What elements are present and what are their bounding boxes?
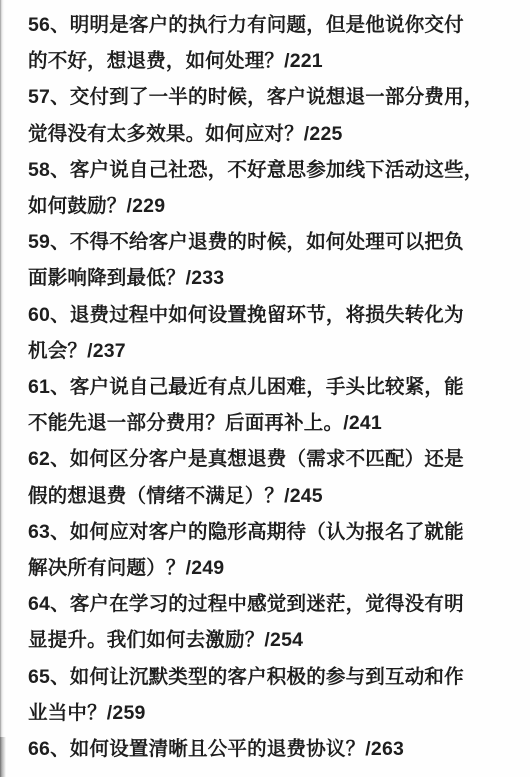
toc-line: 66、如何设置清晰且公平的退费协议？/263 (28, 731, 500, 767)
toc-item: 58、客户说自己社恐，不好意思参加线下活动这些，如何鼓励？/229 (28, 152, 500, 224)
toc-item: 60、退费过程中如何设置挽留环节，将损失转化为机会？/237 (28, 297, 500, 369)
toc-list: 56、明明是客户的执行力有问题，但是他说你交付的不好，想退费，如何处理？/221… (28, 7, 500, 767)
toc-line: 显提升。我们如何去激励？/254 (28, 622, 500, 658)
page-edge-shadow (0, 0, 5, 777)
toc-line: 63、如何应对客户的隐形高期待（认为报名了就能 (28, 514, 500, 550)
toc-line: 解决所有问题）？/249 (28, 550, 500, 586)
toc-item: 63、如何应对客户的隐形高期待（认为报名了就能解决所有问题）？/249 (28, 514, 500, 586)
toc-line: 62、如何区分客户是真想退费（需求不匹配）还是 (28, 441, 500, 477)
toc-item: 62、如何区分客户是真想退费（需求不匹配）还是假的想退费（情绪不满足）？/245 (28, 441, 500, 513)
toc-line: 59、不得不给客户退费的时候，如何处理可以把负 (28, 224, 500, 260)
toc-item: 61、客户说自己最近有点儿困难，手头比较紧，能不能先退一部分费用？后面再补上。/… (28, 369, 500, 441)
toc-item: 57、交付到了一半的时候，客户说想退一部分费用，觉得没有太多效果。如何应对？/2… (28, 79, 500, 151)
toc-line: 如何鼓励？/229 (28, 188, 500, 224)
toc-line: 业当中？/259 (28, 695, 500, 731)
toc-line: 不能先退一部分费用？后面再补上。/241 (28, 405, 500, 441)
toc-line: 64、客户在学习的过程中感觉到迷茫，觉得没有明 (28, 586, 500, 622)
toc-item: 56、明明是客户的执行力有问题，但是他说你交付的不好，想退费，如何处理？/221 (28, 7, 500, 79)
toc-line: 60、退费过程中如何设置挽留环节，将损失转化为 (28, 297, 500, 333)
toc-line: 58、客户说自己社恐，不好意思参加线下活动这些， (28, 152, 500, 188)
toc-line: 57、交付到了一半的时候，客户说想退一部分费用， (28, 79, 500, 115)
toc-line: 56、明明是客户的执行力有问题，但是他说你交付 (28, 7, 500, 43)
toc-item: 66、如何设置清晰且公平的退费协议？/263 (28, 731, 500, 767)
toc-line: 的不好，想退费，如何处理？/221 (28, 43, 500, 79)
book-toc-page: 56、明明是客户的执行力有问题，但是他说你交付的不好，想退费，如何处理？/221… (0, 0, 530, 777)
toc-line: 假的想退费（情绪不满足）？/245 (28, 478, 500, 514)
toc-item: 65、如何让沉默类型的客户积极的参与到互动和作业当中？/259 (28, 659, 500, 731)
toc-line: 觉得没有太多效果。如何应对？/225 (28, 116, 500, 152)
toc-item: 64、客户在学习的过程中感觉到迷茫，觉得没有明显提升。我们如何去激励？/254 (28, 586, 500, 658)
toc-line: 65、如何让沉默类型的客户积极的参与到互动和作 (28, 659, 500, 695)
toc-line: 机会？/237 (28, 333, 500, 369)
toc-line: 面影响降到最低？/233 (28, 260, 500, 296)
toc-line: 61、客户说自己最近有点儿困难，手头比较紧，能 (28, 369, 500, 405)
page-edge-corner-shadow (0, 737, 6, 777)
toc-item: 59、不得不给客户退费的时候，如何处理可以把负面影响降到最低？/233 (28, 224, 500, 296)
